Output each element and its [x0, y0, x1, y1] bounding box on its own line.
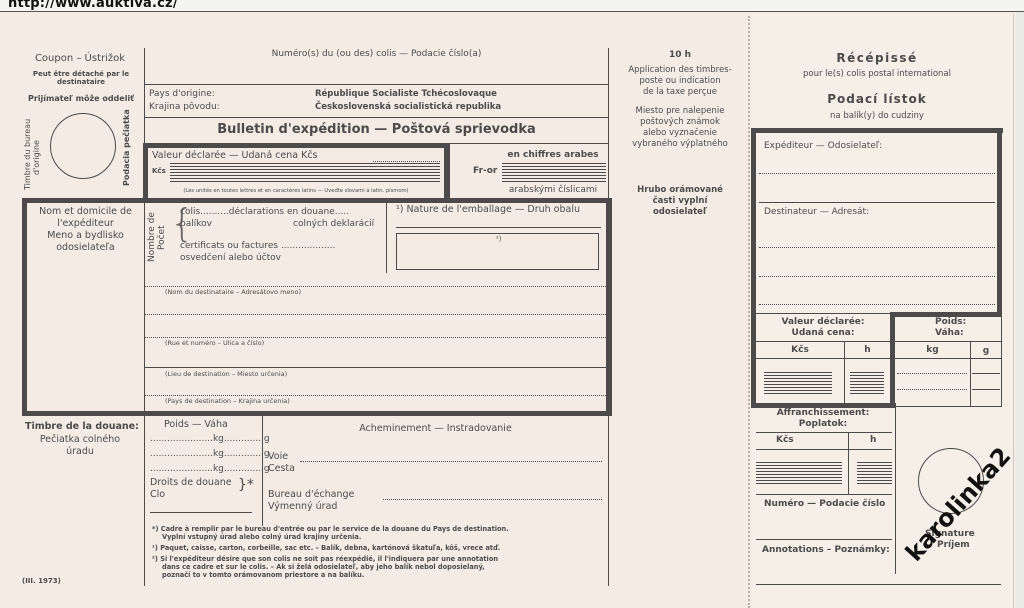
- divider: [756, 494, 892, 495]
- declared-value-label: Valeur déclarée — Udaná cena Kčs: [152, 151, 318, 161]
- divider: [756, 313, 892, 314]
- receipt-sender-label: Expéditeur — Odosielateľ:: [764, 142, 882, 151]
- declared-value-note: (Les unités en toutes lettres et en cara…: [150, 189, 442, 194]
- receipt-sender-field[interactable]: [759, 202, 995, 203]
- receipt-title-fr: Récépissé: [752, 52, 1002, 64]
- receipt-sender-field[interactable]: [759, 173, 995, 174]
- weight-title: Poids — Váha: [164, 420, 228, 430]
- stamp-origin-label-fr-1: Timbre du bureau: [24, 119, 32, 190]
- col-g: g: [971, 347, 1001, 356]
- customs-stamp-label-sk-2: úradu: [25, 447, 135, 457]
- stamp-origin-label-sk: Podacia pečiatka: [123, 109, 131, 186]
- stamp-instr-sk-1: Miesto pre nalepenie: [612, 107, 748, 116]
- browser-url-bar: http://www.auktiva.cz/: [0, 0, 1024, 12]
- divider: [895, 341, 1002, 342]
- frame-border: [444, 143, 450, 198]
- divider: [145, 286, 606, 287]
- stamp-price: 10 h: [612, 51, 748, 60]
- frame-border: [890, 312, 895, 408]
- count-row2-sk: osvedčení alebo účtov: [180, 254, 281, 263]
- divider: [1001, 313, 1002, 407]
- stamp-instr-fr-3: de la taxe perçue: [612, 88, 748, 97]
- divider: [756, 358, 890, 359]
- exchange-office-field[interactable]: [383, 499, 602, 500]
- footnote-customs: *) Cadre à remplir par le bureau d'entré…: [152, 526, 509, 533]
- receipt-addressee-field[interactable]: [759, 276, 995, 277]
- bold-frame-note-1: Hrubo orámované: [612, 186, 748, 195]
- annotations-label: Annotations – Poznámky:: [762, 546, 890, 555]
- receipt-weight-label-sk: Váha:: [935, 329, 964, 338]
- coupon-detach-sk: Prijímateľ môže oddeliť: [16, 95, 146, 103]
- routing-way-sk: Cesta: [268, 464, 295, 474]
- customs-duties-label-fr: Droits de douane: [150, 478, 232, 488]
- receipt-weight-g-field[interactable]: [972, 389, 1000, 390]
- recipient-street-label: (Rue et numéro – Ulica a číslo): [165, 340, 264, 347]
- divider: [895, 406, 1002, 407]
- stamp-instr-sk-4: vybraného výplatného: [612, 140, 748, 149]
- divider: [756, 432, 892, 433]
- receipt-value-label-sk: Udaná cena:: [756, 329, 890, 338]
- packaging-field[interactable]: [396, 227, 601, 228]
- arabic-numerals-fr: en chiffres arabes: [498, 151, 608, 160]
- coupon-title: Coupon – Ústrižok: [20, 54, 140, 64]
- customs-stamp-label-fr: Timbre de la douane:: [25, 422, 139, 432]
- duties-brace: }*: [238, 478, 254, 492]
- receipt-number-field[interactable]: [756, 512, 892, 538]
- frame-border: [997, 128, 1002, 314]
- divider: [848, 432, 849, 494]
- frame-border: [143, 143, 450, 148]
- stamp-instr-fr-2: poste ou indication: [612, 77, 748, 86]
- packaging-label: ¹) Nature de l'emballage — Druh obalu: [396, 205, 580, 215]
- postage-col-kcs: Kčs: [776, 436, 794, 445]
- divider: [145, 117, 608, 118]
- receipt-weight-kg-field[interactable]: [897, 373, 967, 374]
- declared-value-field[interactable]: [373, 161, 440, 162]
- recipient-street-field[interactable]: [145, 367, 606, 368]
- recipient-name-field[interactable]: [145, 314, 606, 315]
- count-row2-fr: certificats ou factures ................…: [180, 242, 335, 251]
- receipt-weight-label-fr: Poids:: [935, 318, 966, 327]
- sender-label-sk-1: Meno a bydlisko: [27, 231, 144, 241]
- exchange-office-fr: Bureau d'échange: [268, 490, 354, 500]
- parcel-numbers-label: Numéro(s) du (ou des) colis — Podacie čí…: [145, 50, 608, 59]
- arabic-numerals-sk: arabskými číslicami: [498, 186, 608, 195]
- footnote-no-forward-1: ²) Si l'expéditeur désire que son colis …: [152, 556, 498, 563]
- divider: [386, 203, 387, 273]
- divider: [144, 203, 145, 411]
- customs-duties-field[interactable]: [150, 512, 252, 513]
- currency-kcs: Kčs: [152, 168, 166, 175]
- divider: [756, 341, 890, 342]
- origin-value-sk: Československá socialistická republika: [315, 103, 501, 112]
- receipt-value-label-fr: Valeur déclarée:: [756, 318, 890, 327]
- postage-kcs-field[interactable]: [756, 462, 842, 485]
- divider: [608, 48, 609, 198]
- receipt-number-label: Numéro — Podacie číslo: [764, 500, 885, 509]
- footnote-packaging: ¹) Paquet, caisse, carton, corbeille, sa…: [152, 545, 500, 552]
- divider: [756, 539, 892, 540]
- col-kg: kg: [895, 346, 970, 355]
- stamp-origin-label-fr-2: d'origine: [33, 140, 41, 175]
- bold-frame-note-3: odosielateľ: [612, 208, 748, 217]
- frame-border: [751, 128, 756, 406]
- receipt-subtitle-fr: pour le(s) colis postal international: [752, 70, 1002, 79]
- divider: [895, 358, 1002, 359]
- postage-label-sk: Poplatok:: [756, 420, 890, 429]
- divider: [844, 341, 845, 404]
- customs-stamp-area[interactable]: [22, 460, 140, 570]
- recipient-place-label: (Lieu de destination – Miesto určenia): [165, 371, 287, 378]
- routing-way-field[interactable]: [300, 461, 602, 462]
- divider: [756, 584, 1001, 585]
- routing-title: Acheminement — Instradovanie: [263, 424, 608, 434]
- divider: [895, 406, 896, 574]
- postage-col-h: h: [870, 436, 876, 445]
- receipt-value-h-field[interactable]: [850, 372, 884, 394]
- stamp-instr-sk-2: poštových známok: [612, 118, 748, 127]
- source-url[interactable]: http://www.auktiva.cz/: [8, 0, 178, 11]
- stamp-instr-sk-3: alebo vyznačenie: [612, 129, 748, 138]
- origin-label-sk: Krajina pôvodu:: [149, 103, 220, 112]
- divider: [145, 337, 606, 338]
- count-row1-fr: colis..........déclarations en douane...…: [180, 208, 349, 217]
- origin-stamp-circle[interactable]: [50, 113, 116, 179]
- coupon-detach-fr-1: Peut être détaché par le: [16, 71, 146, 78]
- customs-duties-label-sk: Clo: [150, 490, 165, 500]
- receipt-addressee-field[interactable]: [759, 304, 995, 305]
- frame-border: [606, 198, 612, 416]
- recipient-name-label: (Nom du destinataire – Adresátovo meno): [165, 289, 301, 296]
- weight-row[interactable]: ......................kg..............g: [150, 435, 270, 444]
- weight-row[interactable]: ......................kg..............g: [150, 450, 270, 459]
- count-row1-sk-a: balíkov: [180, 220, 212, 229]
- frame-border: [22, 411, 612, 416]
- origin-value-fr: République Socialiste Tchécoslovaque: [315, 90, 497, 99]
- sender-address-field[interactable]: [30, 258, 140, 408]
- col-h: h: [845, 346, 890, 355]
- receipt-value-kcs-field[interactable]: [764, 372, 832, 394]
- sender-label-sk-2: odosielateľa: [27, 243, 144, 253]
- weight-row[interactable]: ......................kg..............g: [150, 465, 270, 474]
- postage-h-field[interactable]: [857, 462, 892, 485]
- postage-label-fr: Affranchissement:: [756, 409, 890, 418]
- origin-label-fr: Pays d'origine:: [149, 90, 215, 99]
- customs-stamp-label-sk-1: Pečiatka colného: [25, 435, 135, 445]
- recipient-country-label: (Pays de destination – Krajina určenia): [165, 398, 290, 405]
- receipt-addressee-field[interactable]: [759, 247, 995, 248]
- footnote-no-forward-2: dans ce cadre et sur le colis. – Ak si ž…: [162, 564, 485, 571]
- frame-border: [751, 128, 1003, 133]
- form-title: Bulletin d'expédition — Poštová sprievod…: [145, 123, 608, 136]
- sender-label-fr-2: l'expéditeur: [27, 219, 144, 229]
- bold-frame-note-2: časti vyplní: [612, 197, 748, 206]
- exchange-office-sk: Výmenný úrad: [268, 502, 337, 512]
- divider: [145, 84, 608, 85]
- sender-label-fr-1: Nom et domicile de: [27, 207, 144, 217]
- col-kcs: Kčs: [756, 346, 844, 355]
- gold-francs-label: Fr-or: [473, 167, 497, 176]
- receipt-weight-g-field[interactable]: [972, 373, 1000, 374]
- divider: [608, 416, 609, 586]
- coupon-detach-fr-2: destinataire: [16, 79, 146, 86]
- divider: [756, 449, 892, 450]
- declared-value-words-field[interactable]: [170, 163, 440, 184]
- perforation-line: [748, 16, 750, 608]
- receipt-title-sk: Podací lístok: [752, 93, 1002, 105]
- annotation-footnote-mark: ²): [496, 236, 502, 243]
- receipt-addressee-label: Destinateur — Adresát:: [764, 208, 869, 217]
- arabic-numerals-field[interactable]: [502, 163, 606, 182]
- form-edition: (III. 1973): [22, 578, 61, 585]
- receipt-weight-kg-field[interactable]: [897, 389, 967, 390]
- count-row1-sk-b: colných deklarácií: [293, 220, 374, 229]
- divider: [144, 416, 145, 586]
- count-label-fr: Nombre de: [148, 212, 157, 262]
- receipt-subtitle-sk: na balík(y) do cudziny: [752, 112, 1002, 121]
- recipient-place-field[interactable]: [145, 395, 606, 396]
- footnote-customs-sk: Vyplní vstupný úrad alebo colný úrad kra…: [162, 534, 361, 541]
- count-label-sk: Počet: [158, 225, 167, 250]
- footnote-no-forward-3: poznačí to v tomto orámovanom priestore …: [162, 572, 364, 579]
- frame-border: [143, 143, 148, 198]
- stamp-instr-fr-1: Application des timbres-: [612, 66, 748, 75]
- routing-way-fr: Voie: [268, 452, 288, 462]
- frame-border: [22, 198, 612, 203]
